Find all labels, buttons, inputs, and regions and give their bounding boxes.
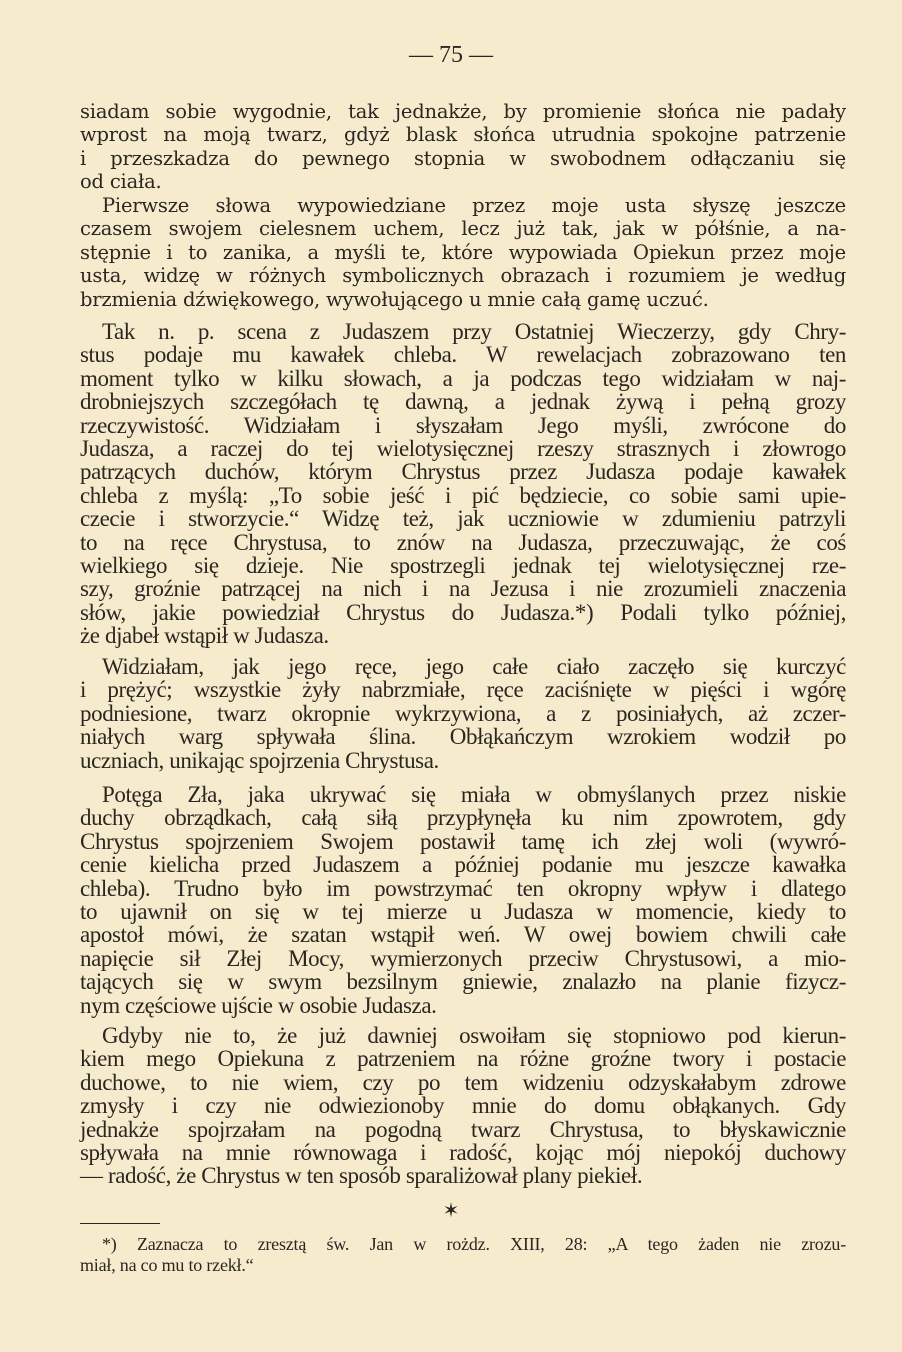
text-line: Widziałam, jak jego ręce, jego całe ciał… [80,655,846,678]
text-line: napięcie sił Złej Mocy, wymierzonych prz… [80,947,846,970]
text-line: Tak n. p. scena z Judaszem przy Ostatnie… [80,320,846,343]
paragraph-6: Gdyby nie to, że już dawniej oswoiłam si… [80,1024,846,1188]
text-line: Potęga Zła, jaka ukrywać się miała w obm… [80,783,846,806]
text-line: wielkiego się dzieje. Nie spostrzegli je… [80,554,846,577]
text-line: i przeszkadza do pewnego stopnia w swobo… [80,147,846,170]
text-line: szy, groźnie patrzącej na nich i na Jezu… [80,577,846,600]
text-line: Judasza, a raczej do tej wielotysięcznej… [80,437,846,460]
text-line: chleba z myślą: „To sobie jeść i pić będ… [80,484,846,507]
text-line: nym częściowe ujście w osobie Judasza. [80,994,846,1017]
text-line: to ujawnił on się w tej mierze u Judasza… [80,900,846,923]
text-line: duchowe, to nie wiem, czy po tem widzeni… [80,1071,846,1094]
paragraph-5: Potęga Zła, jaka ukrywać się miała w obm… [80,783,846,1017]
text-line: tających się w swym bezsilnym gniewie, z… [80,970,846,993]
text-line: podniesione, twarz okropnie wykrzywiona,… [80,702,846,725]
paragraph-2: Pierwsze słowa wypowiedziane przez moje … [80,194,846,311]
page-number: — 75 — [0,40,902,70]
text-line: cenie kielicha przed Judaszem a później … [80,853,846,876]
text-line: i prężyć; wszystkie żyły nabrzmiałe, ręc… [80,678,846,701]
footnote-line: miał, na co mu to rzekł.“ [80,1255,846,1276]
text-line: chleba). Trudno było im powstrzymać ten … [80,877,846,900]
text-line: drobniejszych szczegółach tę dawną, a je… [80,390,846,413]
text-line: patrzących duchów, którym Chrystus przez… [80,460,846,483]
text-line: niałych warg spływała ślina. Obłąkańczym… [80,725,846,748]
text-line: wprost na moją twarz, gdyż blask słońca … [80,123,846,146]
footnote: *) Zaznacza to zresztą św. Jan w rożdz. … [80,1234,846,1276]
text-line: Gdyby nie to, że już dawniej oswoiłam si… [80,1024,846,1047]
text-line: stępnie i to zanika, a myśli te, które w… [80,241,846,264]
text-line: kiem mego Opiekuna z patrzeniem na różne… [80,1047,846,1070]
text-line: duchy obrządkach, całą siłą przypłynęła … [80,806,846,829]
text-line: apostoł mówi, że szatan wstąpił weń. W o… [80,923,846,946]
text-line: to na ręce Chrystusa, to znów na Judasza… [80,531,846,554]
text-line: że djabeł wstąpił w Judasza. [80,624,846,647]
paragraph-3: Tak n. p. scena z Judaszem przy Ostatnie… [80,320,846,647]
text-line: brzmienia dźwiękowego, wywołującego u mn… [80,288,846,311]
text-line: słów, jakie powiedział Chrystus do Judas… [80,601,846,624]
text-line: — radość, że Chrystus w ten sposób spara… [80,1164,846,1187]
paragraph-1: siadam sobie wygodnie, tak jednakże, by … [80,100,846,194]
text-line: usta, widzę w różnych symbolicznych obra… [80,264,846,287]
text-line: uczniach, unikając spojrzenia Chrystusa. [80,749,846,772]
paragraph-4: Widziałam, jak jego ręce, jego całe ciał… [80,655,846,772]
text-line: siadam sobie wygodnie, tak jednakże, by … [80,100,846,123]
text-line: czecie i stworzycie.“ Widzę też, jak ucz… [80,507,846,530]
text-line: spływała na mnie równowaga i radość, koj… [80,1141,846,1164]
text-line: moment tylko w kilku słowach, a ja podcz… [80,367,846,390]
footnote-divider [80,1223,160,1224]
text-line: rzeczywistość. Widziałam i słyszałam Jeg… [80,414,846,437]
text-line: zmysły i czy nie odwiezionoby mnie do do… [80,1094,846,1117]
text-line: stus podaje mu kawałek chleba. W rewelac… [80,343,846,366]
footnote-line: *) Zaznacza to zresztą św. Jan w rożdz. … [80,1234,846,1255]
text-line: Chrystus spojrzeniem Swojem postawił tam… [80,830,846,853]
text-line: od ciała. [80,170,846,193]
text-line: Pierwsze słowa wypowiedziane przez moje … [80,194,846,217]
section-mark-star-icon: ✶ [0,1198,902,1222]
text-line: czasem swojem cielesnem uchem, lecz już … [80,217,846,240]
text-line: jednakże spojrzałam na pogodną twarz Chr… [80,1118,846,1141]
